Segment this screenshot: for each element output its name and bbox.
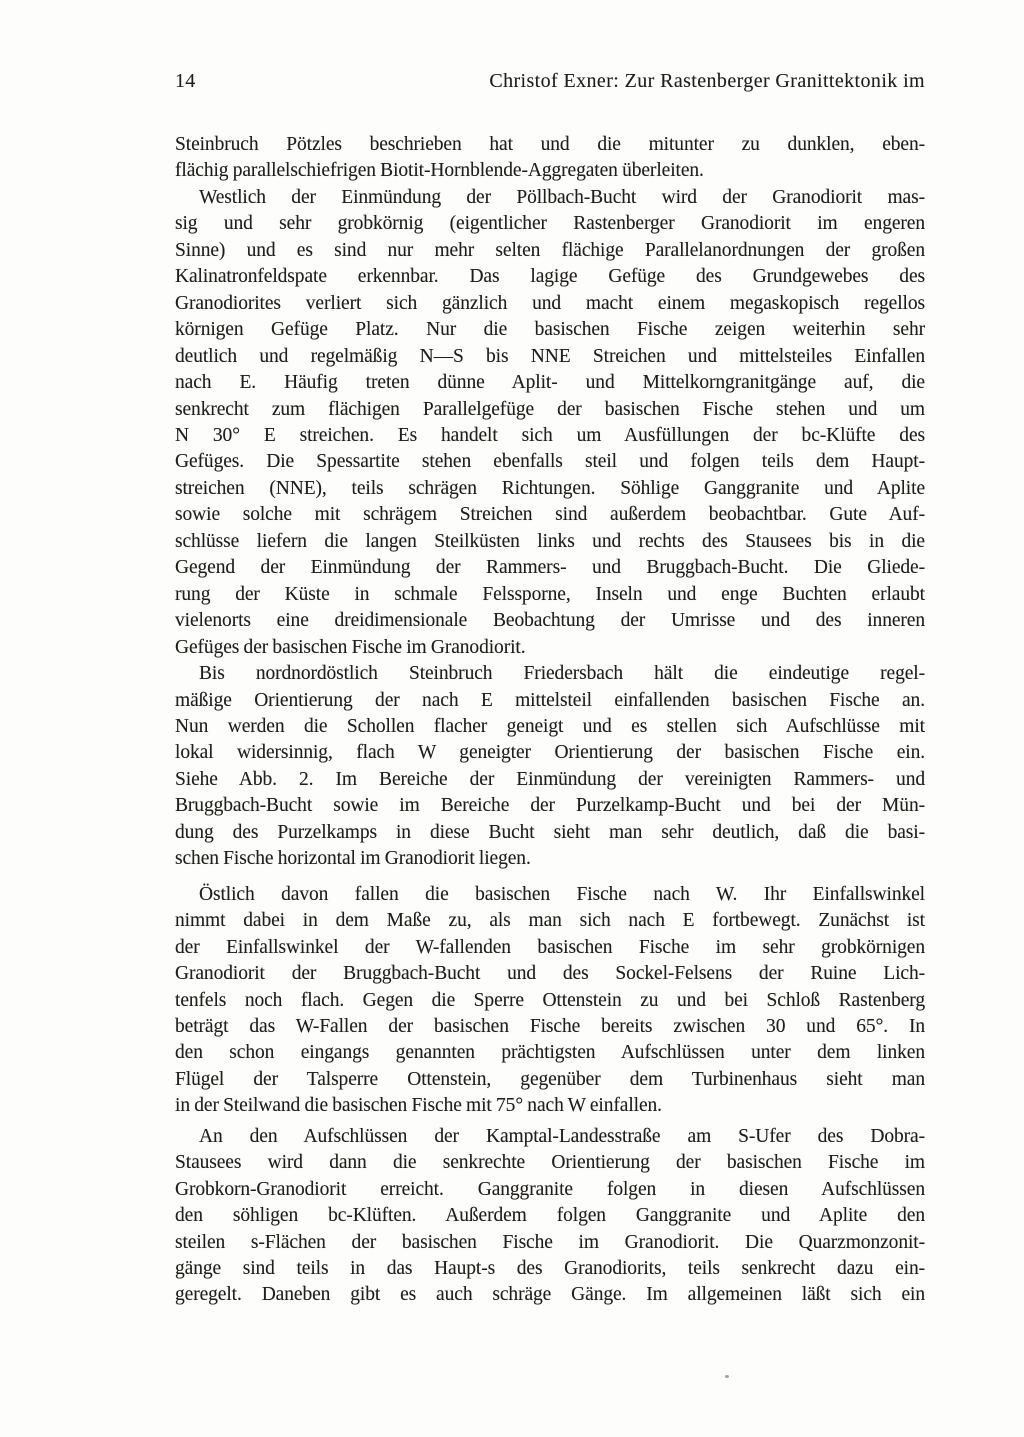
text-line: Gefüges. Die Spessartite stehen ebenfall… <box>175 449 925 475</box>
text-line: beträgt das W-Fallen der basischen Fisch… <box>175 1014 925 1040</box>
text-line: N 30° E streichen. Es handelt sich um Au… <box>175 423 925 449</box>
text-line: Steinbruch Pötzles beschrieben hat und d… <box>175 132 925 158</box>
scan-artifact-dot <box>725 1375 729 1378</box>
text-line: An den Aufschlüssen der Kamptal-Landesst… <box>175 1124 925 1150</box>
text-line: flächig parallelschiefrigen Biotit-Hornb… <box>175 158 925 184</box>
running-title: Christof Exner: Zur Rastenberger Granitt… <box>489 70 925 93</box>
text-line: Bruggbach-Bucht sowie im Bereiche der Pu… <box>175 793 925 819</box>
text-line: rung der Küste in schmale Felssporne, In… <box>175 582 925 608</box>
text-line: Gefüges der basischen Fische im Granodio… <box>175 635 925 661</box>
text-line: Östlich davon fallen die basischen Fisch… <box>175 882 925 908</box>
text-line: nach E. Häufig treten dünne Aplit- und M… <box>175 370 925 396</box>
page-body: Steinbruch Pötzles beschrieben hat und d… <box>175 132 925 1309</box>
text-line: der Einfallswinkel der W-fallenden basis… <box>175 935 925 961</box>
text-line: den schon eingangs genannten prächtigste… <box>175 1040 925 1066</box>
text-line: Gegend der Einmündung der Rammers- und B… <box>175 555 925 581</box>
text-line: geregelt. Daneben gibt es auch schräge G… <box>175 1282 925 1308</box>
text-line: körnigen Gefüge Platz. Nur die basischen… <box>175 317 925 343</box>
text-line: Bis nordnordöstlich Steinbruch Friedersb… <box>175 661 925 687</box>
text-line: Siehe Abb. 2. Im Bereiche der Einmündung… <box>175 767 925 793</box>
text-line: den söhligen bc-Klüften. Außerdem folgen… <box>175 1203 925 1229</box>
text-line: schen Fische horizontal im Granodiorit l… <box>175 846 925 872</box>
text-line: sig und sehr grobkörnig (eigentlicher Ra… <box>175 211 925 237</box>
text-line: dung des Purzelkamps in diese Bucht sieh… <box>175 820 925 846</box>
paragraph: An den Aufschlüssen der Kamptal-Landesst… <box>175 1124 925 1309</box>
paragraph: Östlich davon fallen die basischen Fisch… <box>175 882 925 1120</box>
text-line: Grobkorn-Granodiorit erreicht. Ganggrani… <box>175 1177 925 1203</box>
text-line: Granodiorit der Bruggbach-Bucht und des … <box>175 961 925 987</box>
text-line: Kalinatronfeldspate erkennbar. Das lagig… <box>175 264 925 290</box>
text-line: Stausees wird dann die senkrechte Orient… <box>175 1150 925 1176</box>
page-header: 14 Christof Exner: Zur Rastenberger Gran… <box>175 70 925 93</box>
text-line: Westlich der Einmündung der Pöllbach-Buc… <box>175 185 925 211</box>
text-line: nimmt dabei in dem Maße zu, als man sich… <box>175 908 925 934</box>
page-number: 14 <box>175 70 195 93</box>
text-line: tenfels noch flach. Gegen die Sperre Ott… <box>175 988 925 1014</box>
text-line: streichen (NNE), teils schrägen Richtung… <box>175 476 925 502</box>
text-line: steilen s-Flächen der basischen Fische i… <box>175 1230 925 1256</box>
scanned-page: 14 Christof Exner: Zur Rastenberger Gran… <box>0 0 1024 1437</box>
paragraph: Westlich der Einmündung der Pöllbach-Buc… <box>175 185 925 661</box>
text-line: Sinne) und es sind nur mehr selten fläch… <box>175 238 925 264</box>
paragraph: Bis nordnordöstlich Steinbruch Friedersb… <box>175 661 925 873</box>
text-line: lokal widersinnig, flach W geneigter Ori… <box>175 740 925 766</box>
text-line: vielenorts eine dreidimensionale Beobach… <box>175 608 925 634</box>
text-line: in der Steilwand die basischen Fische mi… <box>175 1093 925 1119</box>
text-line: senkrecht zum flächigen Parallelgefüge d… <box>175 397 925 423</box>
text-line: Nun werden die Schollen flacher geneigt … <box>175 714 925 740</box>
text-line: Flügel der Talsperre Ottenstein, gegenüb… <box>175 1067 925 1093</box>
paragraph: Steinbruch Pötzles beschrieben hat und d… <box>175 132 925 185</box>
text-line: deutlich und regelmäßig N—S bis NNE Stre… <box>175 344 925 370</box>
text-line: Granodiorites verliert sich gänzlich und… <box>175 291 925 317</box>
text-line: mäßige Orientierung der nach E mittelste… <box>175 688 925 714</box>
text-line: sowie solche mit schrägem Streichen sind… <box>175 502 925 528</box>
text-line: gänge sind teils in das Haupt-s des Gran… <box>175 1256 925 1282</box>
text-line: schlüsse liefern die langen Steilküsten … <box>175 529 925 555</box>
